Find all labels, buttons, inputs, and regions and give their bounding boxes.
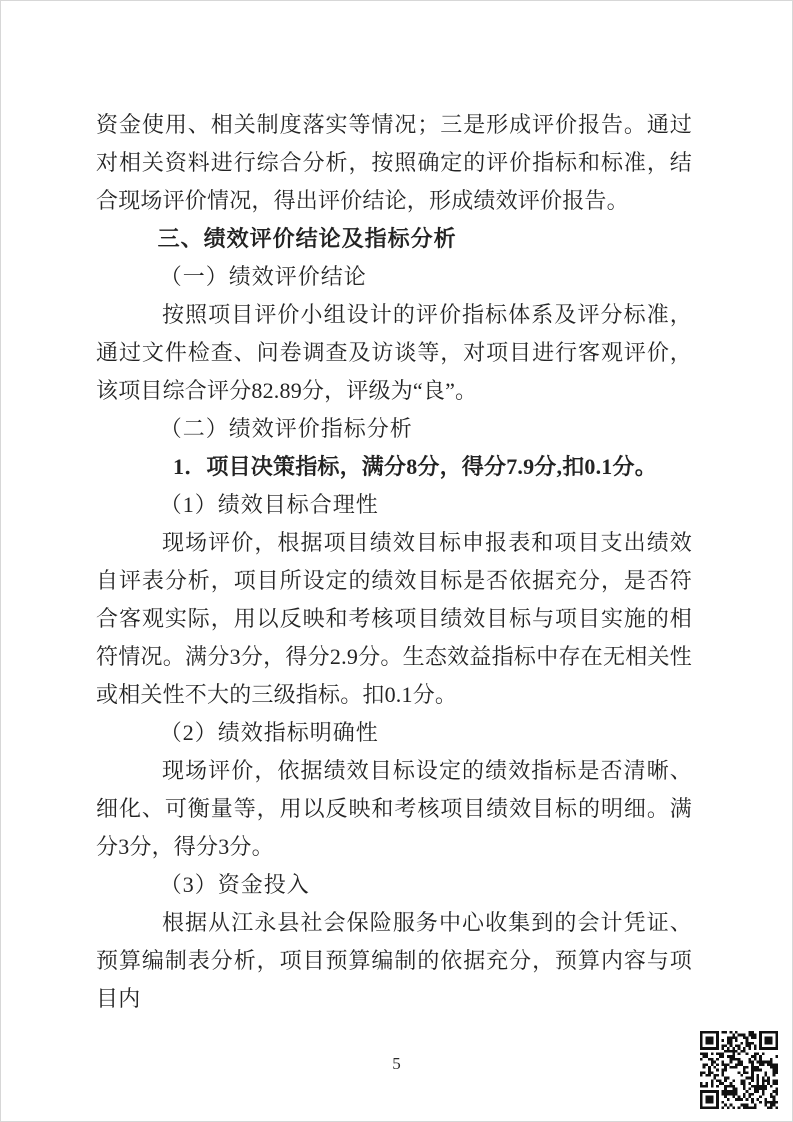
section-heading: 三、绩效评价结论及指标分析 xyxy=(96,220,692,258)
numbered-item: 1．项目决策指标，满分8分，得分7.9分,扣0.1分。 xyxy=(96,448,692,486)
sub-heading: （2）绩效指标明确性 xyxy=(96,714,692,752)
body-paragraph: 现场评价，根据项目绩效目标申报表和项目支出绩效自评表分析，项目所设定的绩效目标是… xyxy=(96,524,692,714)
sub-heading: （二）绩效评价指标分析 xyxy=(96,410,692,448)
body-paragraph: 资金使用、相关制度落实等情况；三是形成评价报告。通过对相关资料进行综合分析，按照… xyxy=(96,106,692,220)
sub-heading: （3）资金投入 xyxy=(96,866,692,904)
document-body: 资金使用、相关制度落实等情况；三是形成评价报告。通过对相关资料进行综合分析，按照… xyxy=(96,106,692,1018)
verification-qr-code-icon xyxy=(700,1031,778,1109)
sub-heading: （1）绩效目标合理性 xyxy=(96,486,692,524)
page-number: 5 xyxy=(0,1052,793,1076)
body-paragraph: 现场评价，依据绩效目标设定的绩效指标是否清晰、细化、可衡量等，用以反映和考核项目… xyxy=(96,752,692,866)
sub-heading: （一）绩效评价结论 xyxy=(96,258,692,296)
document-page: 资金使用、相关制度落实等情况；三是形成评价报告。通过对相关资料进行综合分析，按照… xyxy=(0,0,793,1122)
body-paragraph: 按照项目评价小组设计的评价指标体系及评分标准，通过文件检查、问卷调查及访谈等，对… xyxy=(96,296,692,410)
body-paragraph: 根据从江永县社会保险服务中心收集到的会计凭证、预算编制表分析，项目预算编制的依据… xyxy=(96,904,692,1018)
